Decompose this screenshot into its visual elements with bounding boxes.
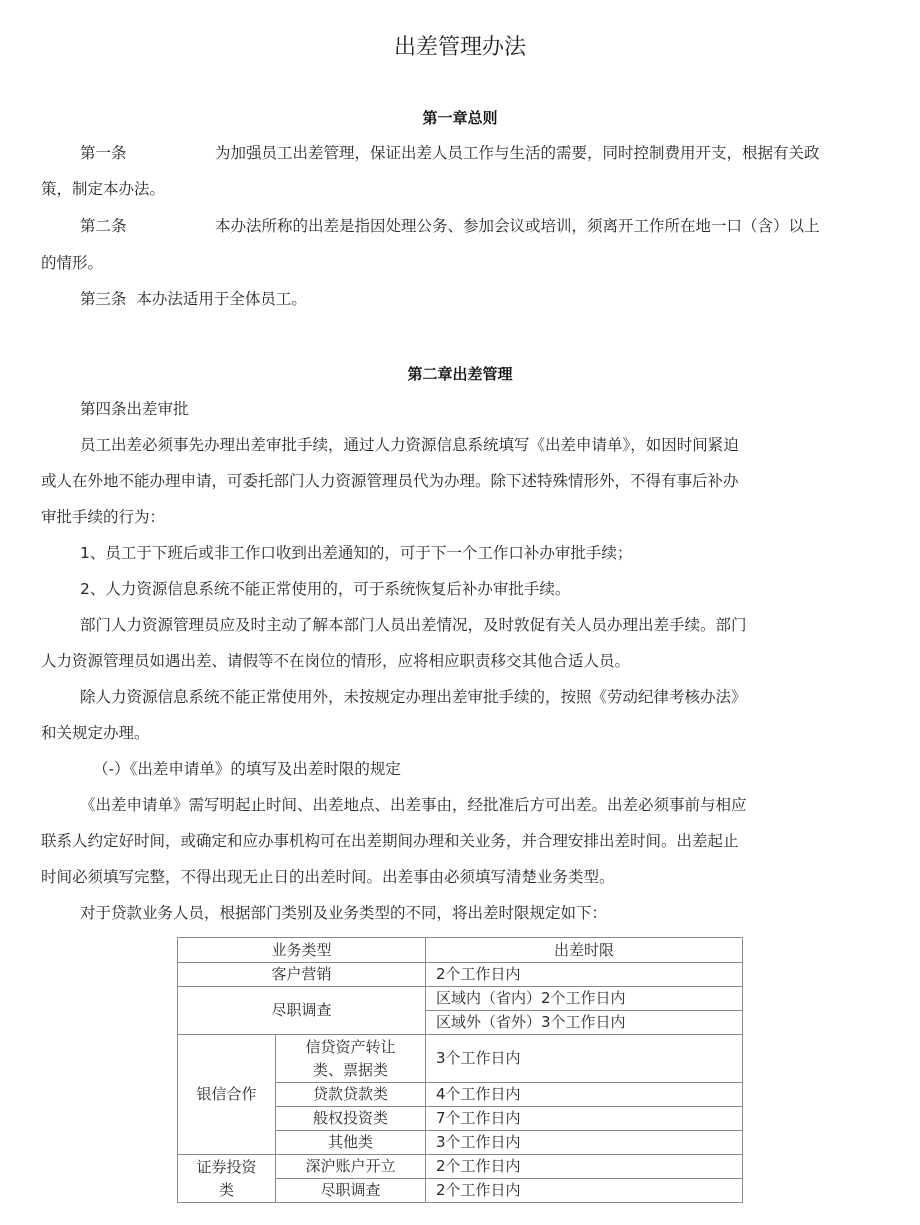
cell-type: 尽职调查 — [276, 1179, 426, 1203]
cell-limit: 区域外（省外）3个工作日内 — [426, 1011, 743, 1035]
table-row: 证券投资类 深沪账户开立 2个工作日内 — [178, 1155, 743, 1179]
list-item: 2、人力资源信息系统不能正常使用的，可于系统恢复后补办审批手续。 — [80, 579, 570, 599]
article-1-text: 为加强员工出差管理，保证出差人员工作与生活的需要，同时控制费用开支，根据有关政 — [215, 143, 820, 163]
cell-limit: 区域内（省内）2个工作日内 — [426, 987, 743, 1011]
paragraph-line: 和关规定办理。 — [41, 723, 150, 743]
table-row: 客户营销 2个工作日内 — [178, 963, 743, 987]
header-business-type: 业务类型 — [178, 938, 426, 963]
article-2-label: 第二条 — [80, 216, 127, 236]
header-time-limit: 出差时限 — [426, 938, 743, 963]
travel-limit-table: 业务类型 出差时限 客户营销 2个工作日内 尽职调查 区域内（省内）2个工作日内… — [177, 937, 743, 1203]
cell-group: 证券投资类 — [178, 1155, 276, 1203]
chapter-1-heading: 第一章总则 — [0, 107, 920, 128]
table-header-row: 业务类型 出差时限 — [178, 938, 743, 963]
cell-type: 般权投资类 — [276, 1107, 426, 1131]
cell-type: 信贷资产转让类、票据类 — [276, 1035, 426, 1083]
section-1-title: （-）《出差申请单》的填写及出差时限的规定 — [93, 759, 401, 779]
paragraph-line: 时间必须填写完整，不得出现无止日的出差时间。出差事由必须填写清楚业务类型。 — [41, 867, 615, 887]
paragraph-line: 或人在外地不能办理申请，可委托部门人力资源管理员代为办理。除下述特殊情形外，不得… — [41, 471, 739, 491]
chapter-2-heading: 第二章出差管理 — [0, 363, 920, 384]
cell-type: 其他类 — [276, 1131, 426, 1155]
article-4-title: 第四条出差审批 — [80, 399, 189, 419]
cell-type: 贷款贷款类 — [276, 1083, 426, 1107]
article-1-label: 第一条 — [80, 143, 127, 163]
list-item: 1、员工于下班后或非工作口收到出差通知的，可于下一个工作口补办审批手续； — [80, 543, 632, 563]
paragraph-line: 审批手续的行为： — [41, 507, 165, 527]
article-2-text-cont: 的情形。 — [41, 253, 103, 273]
cell-group: 银信合作 — [178, 1035, 276, 1155]
article-1-text-cont: 策，制定本办法。 — [41, 179, 165, 199]
cell-type: 客户营销 — [178, 963, 426, 987]
document-title: 出差管理办法 — [0, 30, 920, 61]
paragraph-line: 联系人约定好时间，或确定和应办事机构可在出差期间办理和关业务，并合理安排出差时间… — [41, 831, 739, 851]
cell-limit: 4个工作日内 — [426, 1083, 743, 1107]
cell-limit: 2个工作日内 — [426, 963, 743, 987]
cell-limit: 2个工作日内 — [426, 1155, 743, 1179]
article-2-text: 本办法所称的出差是指因处理公务、参加会议或培训，须离开工作所在地一口（含）以上 — [215, 216, 820, 236]
paragraph-line: 除人力资源信息系统不能正常使用外，未按规定办理出差审批手续的，按照《劳动纪律考核… — [80, 687, 747, 707]
cell-limit: 3个工作日内 — [426, 1131, 743, 1155]
cell-type: 深沪账户开立 — [276, 1155, 426, 1179]
paragraph-line: 员工出差必须事先办理出差审批手续，通过人力资源信息系统填写《出差申请单》，如因时… — [80, 435, 739, 455]
paragraph-line: 部门人力资源管理员应及时主动了解本部门人员出差情况，及时敦促有关人员办理出差手续… — [80, 615, 747, 635]
cell-limit: 7个工作日内 — [426, 1107, 743, 1131]
cell-type: 尽职调查 — [178, 987, 426, 1035]
cell-limit: 2个工作日内 — [426, 1179, 743, 1203]
article-3-text: 第三条 本办法适用于全体员工。 — [80, 289, 307, 309]
paragraph-line: 对于贷款业务人员，根据部门类别及业务类型的不同，将出差时限规定如下： — [80, 903, 607, 923]
paragraph-line: 《出差申请单》需写明起止时间、出差地点、出差事由，经批准后方可出差。出差必须事前… — [80, 795, 747, 815]
table-row: 银信合作 信贷资产转让类、票据类 3个工作日内 — [178, 1035, 743, 1083]
cell-limit: 3个工作日内 — [426, 1035, 743, 1083]
paragraph-line: 人力资源管理员如遇出差、请假等不在岗位的情形，应将相应职责移交其他合适人员。 — [41, 651, 630, 671]
table-row: 尽职调查 区域内（省内）2个工作日内 — [178, 987, 743, 1011]
